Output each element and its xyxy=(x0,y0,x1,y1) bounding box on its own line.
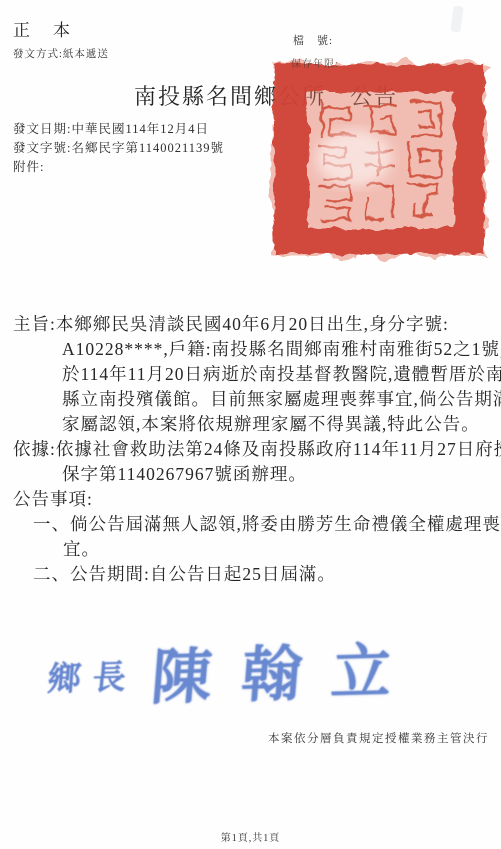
retention-period-label: 保存年限: xyxy=(291,55,339,70)
copy-type-label: 正 本 xyxy=(13,16,73,41)
scan-smudge xyxy=(450,5,464,32)
file-number-label: 檔 號: xyxy=(293,32,333,48)
body-line: 二、公告期間:自公告日起25日屆滿。 xyxy=(13,562,483,587)
issue-date: 發文日期:中華民國114年12月4日 xyxy=(13,120,224,139)
body-line: A10228****,戶籍:南投縣名間鄉南雅村南雅街52之1號, xyxy=(13,337,483,362)
page-title: 南投縣名間鄉公所 公告 xyxy=(134,80,398,111)
body-line: 主旨:本鄉鄉民吳清談民國40年6月20日出生,身分字號: xyxy=(13,312,483,337)
delivery-method: 發文方式:紙本遞送 xyxy=(13,46,109,61)
body-line: 保字第1140267967號函辦理。 xyxy=(13,462,483,487)
mayor-signature: 鄉長 陳翰立 xyxy=(45,623,426,719)
body-line: 宜。 xyxy=(13,537,483,562)
announcement-document: 正 本 發文方式:紙本遞送 檔 號: 保存年限: 南投縣名間鄉公所 公告 發文日… xyxy=(0,0,501,849)
mayor-title: 鄉長 xyxy=(46,650,140,699)
body-line: 一、倘公告屆滿無人認領,將委由勝芳生命禮儀全權處理喪葬事 xyxy=(13,512,483,537)
document-meta: 發文日期:中華民國114年12月4日 發文字號:名鄉民字第1140021139號… xyxy=(13,120,224,177)
seal-script-glyphs xyxy=(318,100,440,220)
seal-faded-patch xyxy=(316,130,392,186)
announcement-body: 主旨:本鄉鄉民吳清談民國40年6月20日出生,身分字號: A10228****,… xyxy=(13,312,483,587)
page-number: 第1頁,共1頁 xyxy=(0,829,501,844)
body-line: 於114年11月20日病逝於南投基督教醫院,遺體暫厝於南投 xyxy=(13,362,483,387)
authorization-note: 本案依分層負責規定授權業務主管決行 xyxy=(268,730,489,746)
body-line: 縣立南投殯儀館。目前無家屬處理喪葬事宜,倘公告期滿無 xyxy=(13,387,483,412)
body-line: 公告事項: xyxy=(13,487,483,512)
mayor-name: 陳翰立 xyxy=(149,623,426,716)
attachment-label: 附件: xyxy=(13,158,224,177)
issue-number: 發文字號:名鄉民字第1140021139號 xyxy=(13,139,224,158)
body-line: 家屬認領,本案將依規辦理家屬不得異議,特此公告。 xyxy=(13,412,483,437)
body-line: 依據:依據社會救助法第24條及南投縣政府114年11月27日府授社 xyxy=(13,437,483,462)
